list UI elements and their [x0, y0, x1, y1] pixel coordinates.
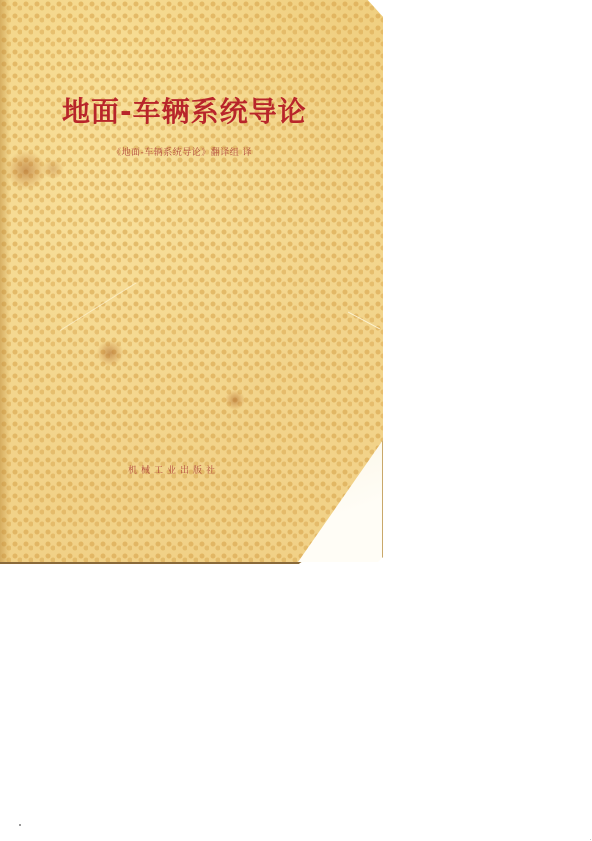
- stain-mark: [225, 390, 245, 410]
- cover-spine-shadow: [0, 0, 10, 562]
- book-cover: 地面-车辆系统导论 《地面-车辆系统导论》翻译组 译 机械工业出版社: [0, 0, 383, 564]
- translator-credit: 《地面-车辆系统导论》翻译组 译: [112, 145, 252, 158]
- cover-crease: [60, 282, 137, 331]
- publisher-name: 机械工业出版社: [128, 463, 219, 476]
- stain-mark: [40, 160, 66, 178]
- scan-artifact: [19, 824, 21, 826]
- book-title: 地面-车辆系统导论: [62, 90, 362, 130]
- stain-mark: [96, 340, 124, 366]
- scan-artifact: [590, 839, 591, 840]
- cover-tear: [348, 312, 380, 330]
